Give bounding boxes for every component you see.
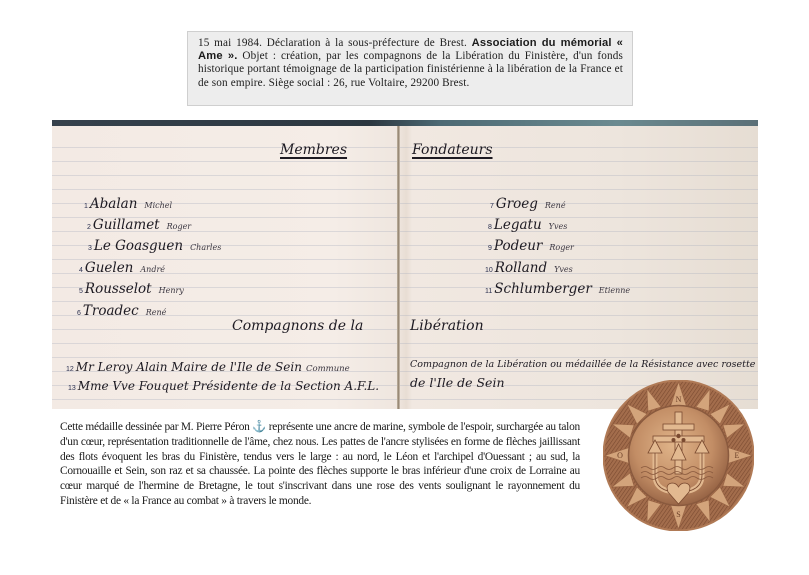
section-title-left: Compagnons de la xyxy=(232,318,363,334)
section-title-right: Libération xyxy=(410,318,484,334)
newspaper-clipping: 15 mai 1984. Déclaration à la sous-préfe… xyxy=(187,31,633,106)
founders-header: Fondateurs xyxy=(412,142,493,158)
founder-row: 7GroegRené xyxy=(490,193,566,212)
companion-row-left: 13Mme Vve Fouquet Présidente de la Secti… xyxy=(68,375,379,394)
companion-row-right: Compagnon de la Libération ou médaillée … xyxy=(410,359,755,370)
founder-row: 8LegatuYves xyxy=(488,214,567,233)
notebook-cover-edge xyxy=(52,120,758,126)
svg-text:E: E xyxy=(735,451,740,460)
medal-icon: N S O E xyxy=(603,380,754,531)
member-row: 4GuelenAndré xyxy=(79,257,165,276)
companion-row-right: de l'Ile de Sein xyxy=(410,375,505,390)
member-row: 5RousselotHenry xyxy=(79,278,184,297)
svg-text:N: N xyxy=(676,395,682,404)
founder-row: 10RollandYves xyxy=(485,257,573,276)
member-row: 2GuillametRoger xyxy=(87,214,191,233)
founder-row: 11SchlumbergerEtienne xyxy=(485,278,630,297)
svg-text:S: S xyxy=(676,510,680,519)
clipping-date: 15 mai 1984. xyxy=(198,37,262,49)
members-header: Membres xyxy=(280,142,347,158)
clipping-seat: Siège social : 26, rue Voltaire, 29200 B… xyxy=(269,77,470,89)
medal-image: N S O E xyxy=(603,380,754,531)
notebook-spine xyxy=(397,126,400,409)
member-row: 1AbalanMichel xyxy=(84,193,172,212)
member-row: 3Le GoasguenCharles xyxy=(88,235,221,254)
medal-description: Cette médaille dessinée par M. Pierre Pé… xyxy=(60,420,580,509)
member-row: 6TroadecRené xyxy=(77,300,166,319)
clipping-declaration: Déclaration à la sous-préfecture de Bres… xyxy=(267,37,467,49)
notebook-photo: Membres Fondateurs 1AbalanMichel 2Guilla… xyxy=(52,120,758,409)
svg-text:O: O xyxy=(617,451,623,460)
founder-row: 9PodeurRoger xyxy=(488,235,574,254)
companion-row-left: 12Mr Leroy Alain Maire de l'Ile de SeinC… xyxy=(66,356,350,375)
